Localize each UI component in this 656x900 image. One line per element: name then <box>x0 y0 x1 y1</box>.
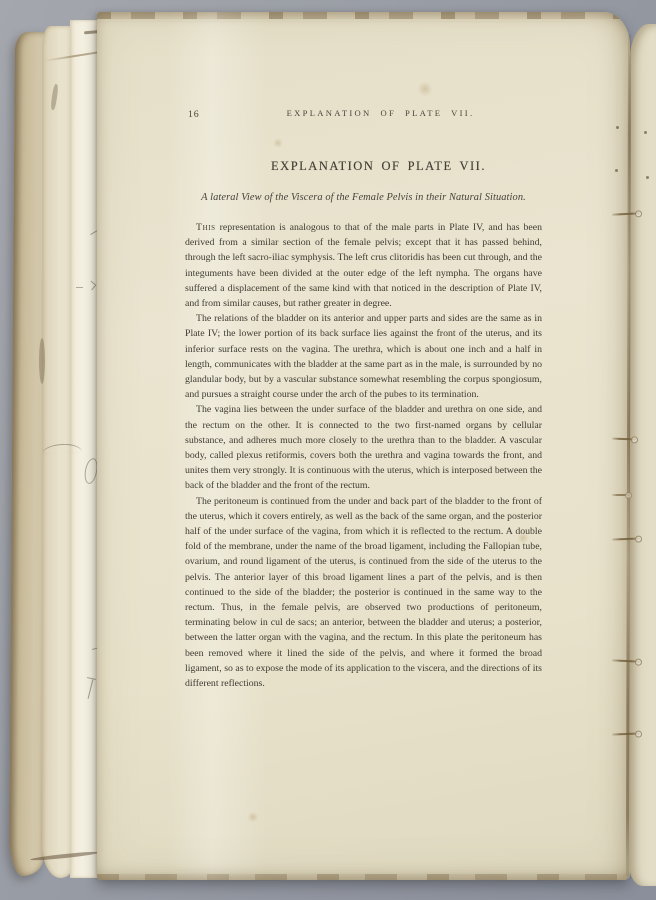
edge-stain <box>39 338 45 384</box>
photo-backdrop: 16 EXPLANATION OF PLATE VII. EXPLANATION… <box>0 0 656 900</box>
running-head-row: 16 EXPLANATION OF PLATE VII. <box>185 108 542 122</box>
paragraph: The peritoneum is continued from the und… <box>185 494 542 692</box>
body-text: This representation is analogous to that… <box>185 220 542 691</box>
paragraph: This representation is analogous to that… <box>185 220 542 311</box>
page-title: EXPLANATION OF PLATE VII. <box>185 159 542 174</box>
page-content: 16 EXPLANATION OF PLATE VII. EXPLANATION… <box>97 12 630 880</box>
paragraph-text: representation is analogous to that of t… <box>185 222 542 309</box>
pencil-mark <box>76 287 83 288</box>
running-head: EXPLANATION OF PLATE VII. <box>185 108 542 118</box>
paragraph: The relations of the bladder on its ante… <box>185 311 542 402</box>
stitch-hole <box>615 169 618 172</box>
next-page-edge <box>629 24 656 886</box>
book-page: 16 EXPLANATION OF PLATE VII. EXPLANATION… <box>97 12 630 880</box>
page-subtitle: A lateral View of the Viscera of the Fem… <box>173 192 554 203</box>
binding-stitch <box>612 494 630 496</box>
stitch-hole <box>646 176 649 179</box>
stitch-hole <box>616 126 619 129</box>
stitch-hole <box>644 131 647 134</box>
page-number: 16 <box>188 109 199 120</box>
lead-word: This <box>196 222 216 233</box>
paragraph: The vagina lies between the under surfac… <box>185 402 542 493</box>
